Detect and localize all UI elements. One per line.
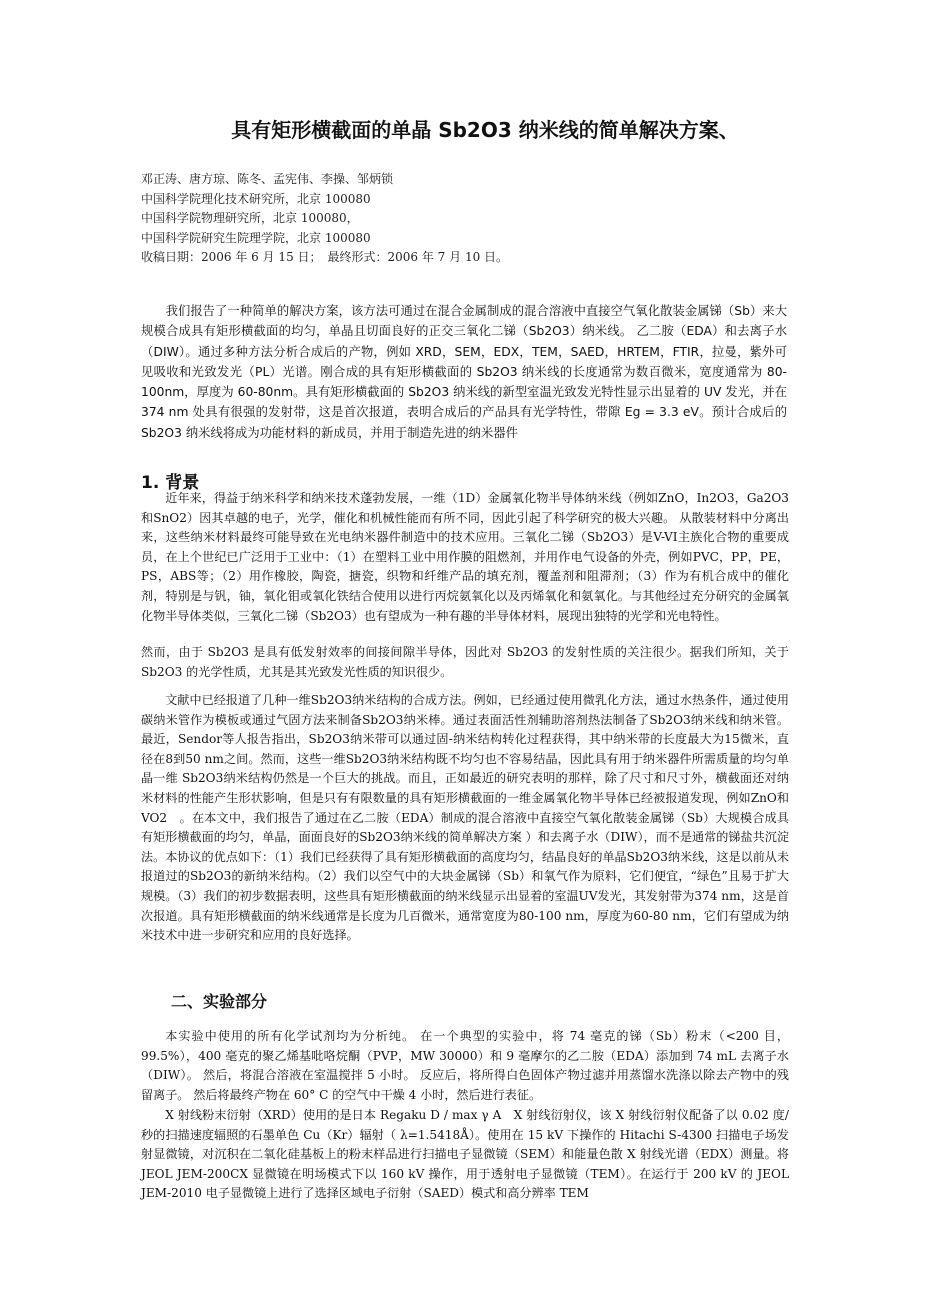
affiliation: 中国科学院理化技术研究所，北京 100080: [141, 190, 821, 210]
document-page: 具有矩形横截面的单晶 Sb2O3 纳米线的简单解决方案、 邓正涛、唐方琼、陈冬、…: [0, 0, 926, 1309]
paper-title: 具有矩形横截面的单晶 Sb2O3 纳米线的简单解决方案、: [140, 114, 830, 143]
abstract: 我们报告了一种简单的解决方案，该方法可通过在混合金属制成的混合溶液中直接空气氧化…: [141, 301, 787, 443]
experimental-paragraph-2: X 射线粉末衍射（XRD）使用的是日本 Regaku D / max γ A X…: [141, 1106, 789, 1204]
experimental-paragraph-1: 本实验中使用的所有化学试剂均为分析纯。 在一个典型的实验中，将 74 毫克的锑（…: [141, 1027, 789, 1105]
paper-metadata: 邓正涛、唐方琼、陈冬、孟宪伟、李操、邹炳锁 中国科学院理化技术研究所，北京 10…: [141, 170, 821, 268]
background-paragraph-3: 文献中已经报道了几种一维Sb2O3纳米结构的合成方法。例如，已经通过使用微乳化方…: [141, 691, 789, 946]
section-heading-experimental: 二、实验部分: [171, 989, 267, 1012]
background-paragraph-1: 近年来，得益于纳米科学和纳米技术蓬勃发展，一维（1D）金属氧化物半导体纳米线（例…: [141, 489, 789, 626]
authors: 邓正涛、唐方琼、陈冬、孟宪伟、李操、邹炳锁: [141, 170, 821, 190]
received-dates: 收稿日期：2006 年 6 月 15 日； 最终形式：2006 年 7 月 10…: [141, 248, 821, 268]
affiliation: 中国科学院物理研究所，北京 100080，: [141, 209, 821, 229]
background-paragraph-2: 然而，由于 Sb2O3 是具有低发射效率的间接间隙半导体，因此对 Sb2O3 的…: [141, 643, 789, 682]
affiliation: 中国科学院研究生院理学院，北京 100080: [141, 229, 821, 249]
